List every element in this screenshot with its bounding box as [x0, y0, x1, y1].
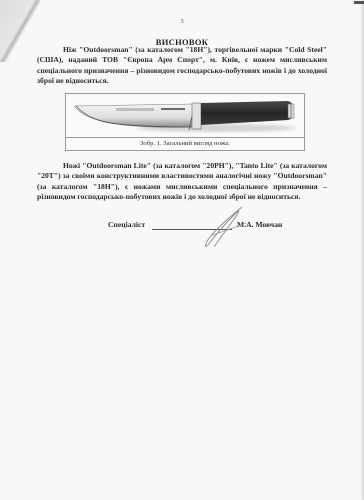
- knife-figure: Зобр. 1. Загальний вигляд ножа.: [65, 93, 305, 151]
- page-number: 3: [0, 18, 364, 25]
- conclusion-paragraph-2: Ножі "Outdoorsman Lite" (за каталогом "2…: [37, 161, 327, 202]
- scanned-page: 3 ВИСНОВОК Ніж "Outdoorsman" (за каталог…: [0, 0, 364, 500]
- show-through-text: [40, 240, 330, 248]
- figure-caption: Зобр. 1. Загальний вигляд ножа.: [66, 138, 304, 150]
- signature-block: Спеціаліст М.А. Мовчан: [0, 220, 364, 232]
- scan-mark: [354, 1, 364, 4]
- folded-corner-shadow: [0, 0, 40, 62]
- signatory-role: Спеціаліст: [108, 220, 145, 229]
- paragraph-2-text: Ножі "Outdoorsman Lite" (за каталогом "2…: [37, 161, 327, 201]
- conclusion-paragraph-1: Ніж "Outdoorsman" (за каталогом "18H"), …: [37, 45, 327, 86]
- paragraph-1-text: Ніж "Outdoorsman" (за каталогом "18H"), …: [37, 45, 327, 85]
- knife-photo: [66, 94, 304, 138]
- knife-icon: [66, 94, 304, 137]
